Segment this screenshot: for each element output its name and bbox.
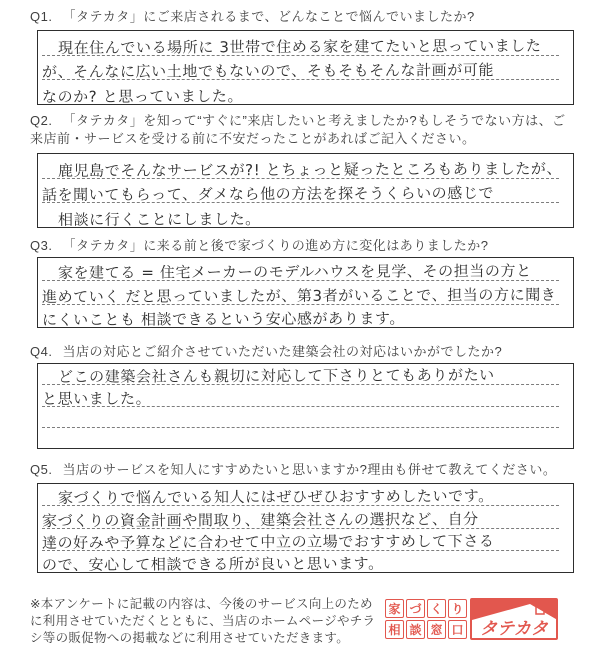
logo-tagline-char: 口 [448,620,467,639]
handwritten-answer-line: と思いました。 [42,390,151,407]
answer-row [42,407,559,428]
answer-box-5: 家づくりで悩んでいる知人にはぜひぜひおすすめしたいです。 家づくりの資金計画や間… [37,483,574,573]
handwritten-answer-line: 鹿児島でそんなサービスが?! とちょっと疑ったところもありましたが、 [42,160,562,179]
logo-brand-panel: タテカタ [470,598,558,640]
answer-row: 家づくりで悩んでいる知人にはぜひぜひおすすめしたいです。 [42,484,559,506]
answer-row: にくいことも 相談できるという安心感があります。 [42,305,559,327]
question-3-text: Q3.「タテカタ」に来る前と後で家づくりの進め方に変化はありましたか? [30,237,575,255]
question-5-label: Q5. [30,462,52,477]
question-2-label: Q2. [30,113,52,128]
question-2-text: Q2.「タテカタ」を知って“すぐに”来店したいと考えましたか?もしそうでない方は… [30,112,575,147]
answer-row: どこの建築会社さんも親切に対応して下さりとてもありがたい [42,364,559,385]
logo-tagline-char: り [448,599,467,618]
handwritten-answer-line: 家づくりで悩んでいる知人にはぜひぜひおすすめしたいです。 [42,488,494,507]
answer-row: 鹿児島でそんなサービスが?! とちょっと疑ったところもありましたが、 [42,154,559,179]
question-1-text: Q1.「タテカタ」にご来店されるまで、どんなことで悩んでいましたか? [30,8,575,26]
handwritten-answer-line: にくいことも 相談できるという安心感があります。 [42,310,405,329]
handwritten-answer-line: 話を聞いてもらって、ダメなら他の方法を探そうくらいの感じで [42,185,494,204]
handwritten-answer-line: 現在住んでいる場所に 3世帯で住める家を建てたいと思っていました [42,37,542,56]
question-1-body: 「タテカタ」にご来店されるまで、どんなことで悩んでいましたか? [62,9,474,24]
logo-tagline-grid: 家 づ く り 相 談 窓 口 [385,598,467,640]
handwritten-answer-line: が、そんなに広い土地でもないので、そもそもそんな計画が可能 [42,62,494,81]
answer-box-3: 家を建てる = 住宅メーカーのモデルハウスを見学、その担当の方と 進めていく だ… [37,257,574,328]
answer-row: 家を建てる = 住宅メーカーのモデルハウスを見学、その担当の方と [42,258,559,281]
answer-row: ので、安心して相談できる所が良いと思います。 [42,551,559,572]
answer-row: 相談に行くことにしました。 [42,203,559,227]
answer-box-1: 現在住んでいる場所に 3世帯で住める家を建てたいと思っていました が、そんなに広… [37,30,574,105]
answer-row: なのか? と思っていました。 [42,80,559,104]
answer-row: 家づくりの資金計画や間取り、建築会社さんの選択など、自分 [42,506,559,528]
handwritten-answer-line: どこの建築会社さんも親切に対応して下さりとてもありがたい [42,367,495,386]
answer-row: と思いました。 [42,385,559,406]
question-5-text: Q5.当店のサービスを知人にすすめたいと思いますか?理由も併せて教えてください。 [30,461,575,479]
tatekata-logo: 家 づ く り 相 談 窓 口 タテカタ [385,598,558,640]
logo-tagline-char: 窓 [427,620,446,639]
handwritten-answer-line: 達の好みや予算などに合わせて中立の立場でおすすめして下さる [42,533,495,552]
question-5-body: 当店のサービスを知人にすすめたいと思いますか?理由も併せて教えてください。 [62,462,556,477]
survey-page: Q1.「タテカタ」にご来店されるまで、どんなことで悩んでいましたか? 現在住んで… [0,0,595,662]
answer-row: 現在住んでいる場所に 3世帯で住める家を建てたいと思っていました [42,31,559,56]
logo-tagline-char: 相 [385,620,404,639]
brand-name: タテカタ [472,620,556,637]
question-4-label: Q4. [30,344,52,359]
handwritten-answer-line: 家を建てる = 住宅メーカーのモデルハウスを見学、その担当の方と [42,263,532,282]
question-4-body: 当店の対応とご紹介させていただいた建築会社の対応はいかがでしたか? [62,344,502,359]
question-2-body: 「タテカタ」を知って“すぐに”来店したいと考えましたか?もしそうでない方は、ご来… [30,113,566,146]
handwritten-answer-line: 進めていく だと思っていましたが、第3者がいることで、担当の方に聞き [42,286,556,305]
logo-tagline-char: づ [406,599,425,618]
question-3-body: 「タテカタ」に来る前と後で家づくりの進め方に変化はありましたか? [62,238,488,253]
logo-tagline-char: 家 [385,599,404,618]
usage-disclaimer: ※本アンケートに記載の内容は、今後のサービス向上のために利用させていただくととも… [30,596,384,647]
logo-tagline-char: 談 [406,620,425,639]
handwritten-answer-line: 家づくりの資金計画や間取り、建築会社さんの選択など、自分 [42,511,479,530]
answer-row: 進めていく だと思っていましたが、第3者がいることで、担当の方に聞き [42,281,559,304]
handwritten-answer-line: 相談に行くことにしました。 [42,211,261,229]
question-1-label: Q1. [30,9,52,24]
logo-tagline-char: く [427,599,446,618]
answer-row [42,428,559,448]
answer-row: が、そんなに広い土地でもないので、そもそもそんな計画が可能 [42,56,559,81]
answer-box-2: 鹿児島でそんなサービスが?! とちょっと疑ったところもありましたが、 話を聞いて… [37,153,574,228]
answer-row: 話を聞いてもらって、ダメなら他の方法を探そうくらいの感じで [42,179,559,204]
handwritten-answer-line: なのか? と思っていました。 [42,88,243,106]
question-3-label: Q3. [30,238,52,253]
handwritten-answer-line: ので、安心して相談できる所が良いと思います。 [42,556,384,574]
question-4-text: Q4.当店の対応とご紹介させていただいた建築会社の対応はいかがでしたか? [30,343,575,361]
answer-box-4: どこの建築会社さんも親切に対応して下さりとてもありがたい と思いました。 [37,363,574,449]
answer-row: 達の好みや予算などに合わせて中立の立場でおすすめして下さる [42,529,559,551]
